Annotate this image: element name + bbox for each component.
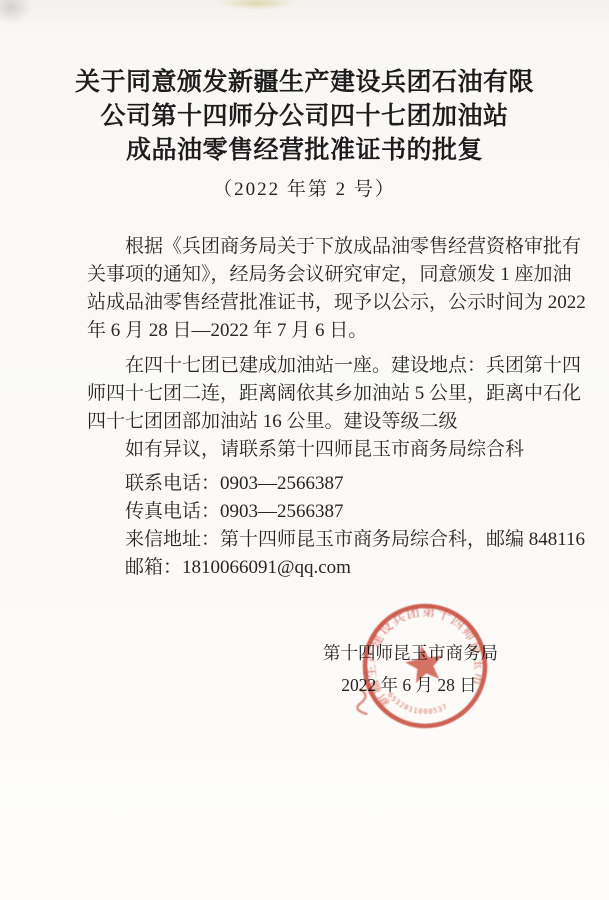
body-line: 在四十七团已建成加油站一座。建设地点：兵团第十四 xyxy=(87,352,532,380)
paragraph: 根据《兵团商务局关于下放成品油零售经营资格审批有关事项的通知》，经局务会议研究审… xyxy=(87,233,532,345)
paragraph: 如有异议，请联系第十四师昆玉市商务局综合科 xyxy=(87,436,532,464)
official-seal-stamp: 新疆生产建设兵团第十四师昆玉市商务局 6532011000537 xyxy=(350,591,500,741)
seal-flourish-mark xyxy=(354,689,368,715)
body-line: 师四十七团二连，距离阔依其乡加油站 5 公里，距离中石化 xyxy=(87,380,532,408)
contact-line: 联系电话：0903—2566387 xyxy=(87,470,532,498)
document-page: 关于同意颁发新疆生产建设兵团石油有限公司第十四师分公司四十七团加油站成品油零售经… xyxy=(0,0,609,900)
contact-line: 邮箱：1810066091@qq.com xyxy=(87,554,532,582)
contact-line: 来信地址：第十四师昆玉市商务局综合科，邮编 848116 xyxy=(87,526,532,554)
seal-inner-group: 新疆生产建设兵团第十四师昆玉市商务局 6532011000537 xyxy=(350,594,495,728)
title-line: 成品油零售经营批准证书的批复 xyxy=(0,134,609,168)
doc-number: （2022 年第 2 号） xyxy=(0,174,609,201)
doc-title: 关于同意颁发新疆生产建设兵团石油有限公司第十四师分公司四十七团加油站成品油零售经… xyxy=(0,66,609,168)
body-line: 根据《兵团商务局关于下放成品油零售经营资格审批有 xyxy=(87,233,532,261)
title-line: 关于同意颁发新疆生产建设兵团石油有限 xyxy=(0,66,609,100)
title-line: 公司第十四师分公司四十七团加油站 xyxy=(0,100,609,134)
paragraph: 在四十七团已建成加油站一座。建设地点：兵团第十四师四十七团二连，距离阔依其乡加油… xyxy=(87,352,532,436)
body-line: 如有异议，请联系第十四师昆玉市商务局综合科 xyxy=(87,436,532,464)
star-icon xyxy=(403,642,447,684)
body-line: 关事项的通知》，经局务会议研究审定，同意颁发 1 座加油 xyxy=(87,261,532,289)
contact-line: 传真电话：0903—2566387 xyxy=(87,498,532,526)
scan-smudge-corner xyxy=(0,0,32,24)
body-line: 年 6 月 28 日—2022 年 7 月 6 日。 xyxy=(87,317,532,345)
body-line: 站成品油零售经营批准证书，现予以公示，公示时间为 2022 xyxy=(87,289,532,317)
body-line: 四十七团团部加油站 16 公里。建设等级二级 xyxy=(87,408,532,436)
doc-body: 根据《兵团商务局关于下放成品油零售经营资格审批有关事项的通知》，经局务会议研究审… xyxy=(87,233,532,582)
scan-smudge-top xyxy=(218,0,296,10)
